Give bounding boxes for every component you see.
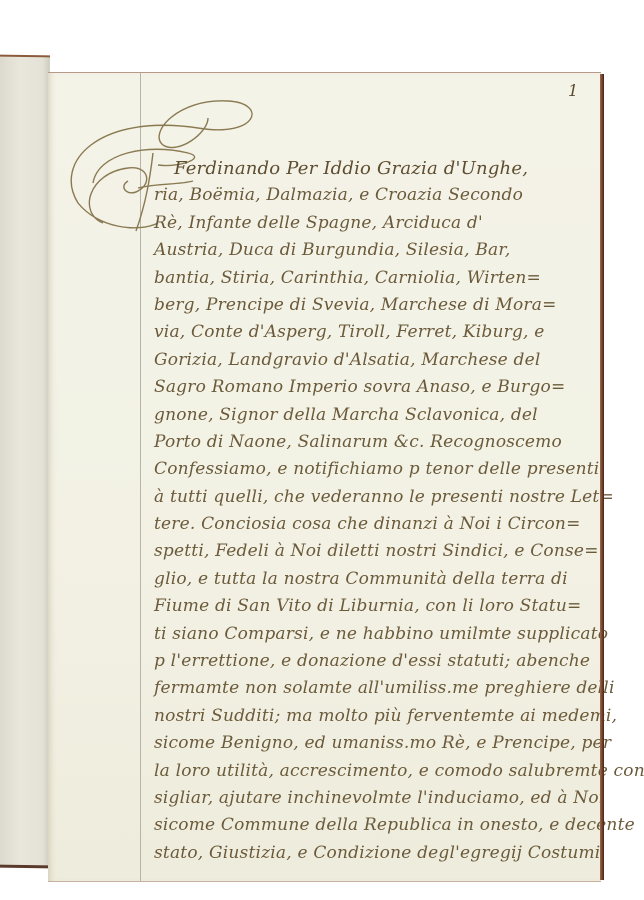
text-line: Confessiamo, e notifichiamo p tenor dell… xyxy=(154,456,594,483)
text-line: via, Conte d'Asperg, Tiroll, Ferret, Kib… xyxy=(154,319,594,346)
text-line: Austria, Duca di Burgundia, Silesia, Bar… xyxy=(154,237,594,264)
book-cover-flyleaf xyxy=(0,55,50,869)
text-line: tere. Conciosia cosa che dinanzi à Noi i… xyxy=(154,511,594,538)
text-line: ria, Boëmia, Dalmazia, e Croazia Secondo xyxy=(154,182,594,209)
text-line: Fiume di San Vito di Liburnia, con li lo… xyxy=(154,593,594,620)
text-line: spetti, Fedeli à Noi diletti nostri Sind… xyxy=(154,538,594,565)
text-line: bantia, Stiria, Carinthia, Carniolia, Wi… xyxy=(154,265,594,292)
text-line: Porto di Naone, Salinarum &c. Recognosce… xyxy=(154,429,594,456)
manuscript-page: 1 Ferdinando Per Iddio Grazia d'Unghe, r… xyxy=(48,72,601,882)
text-line: gnone, Signor della Marcha Sclavonica, d… xyxy=(154,402,594,429)
text-line: berg, Prencipe di Svevia, Marchese di Mo… xyxy=(154,292,594,319)
page-edge xyxy=(600,74,604,880)
text-line: Gorizia, Landgravio d'Alsatia, Marchese … xyxy=(154,347,594,374)
text-line: sicome Commune della Republica in onesto… xyxy=(154,812,594,839)
text-line: nostri Sudditi; ma molto più ferventemte… xyxy=(154,703,594,730)
text-line: fermamte non solamte all'umiliss.me preg… xyxy=(154,675,594,702)
text-line: Ferdinando Per Iddio Grazia d'Unghe, xyxy=(154,155,594,182)
text-line: Sagro Romano Imperio sovra Anaso, e Burg… xyxy=(154,374,594,401)
text-line: ti siano Comparsi, e ne habbino umilmte … xyxy=(154,621,594,648)
text-line: glio, e tutta la nostra Communità della … xyxy=(154,566,594,593)
folio-number: 1 xyxy=(568,81,578,100)
text-line: la loro utilità, accrescimento, e comodo… xyxy=(154,758,594,785)
text-line: stato, Giustizia, e Condizione degl'egre… xyxy=(154,840,594,867)
text-line: sigliar, ajutare inchinevolmte l'inducia… xyxy=(154,785,594,812)
text-line: à tutti quelli, che vederanno le present… xyxy=(154,484,594,511)
text-line: p l'errettione, e donazione d'essi statu… xyxy=(154,648,594,675)
manuscript-text: Ferdinando Per Iddio Grazia d'Unghe, ria… xyxy=(154,155,594,867)
text-line: Rè, Infante delle Spagne, Arciduca d' xyxy=(154,210,594,237)
text-line: sicome Benigno, ed umaniss.mo Rè, e Pren… xyxy=(154,730,594,757)
